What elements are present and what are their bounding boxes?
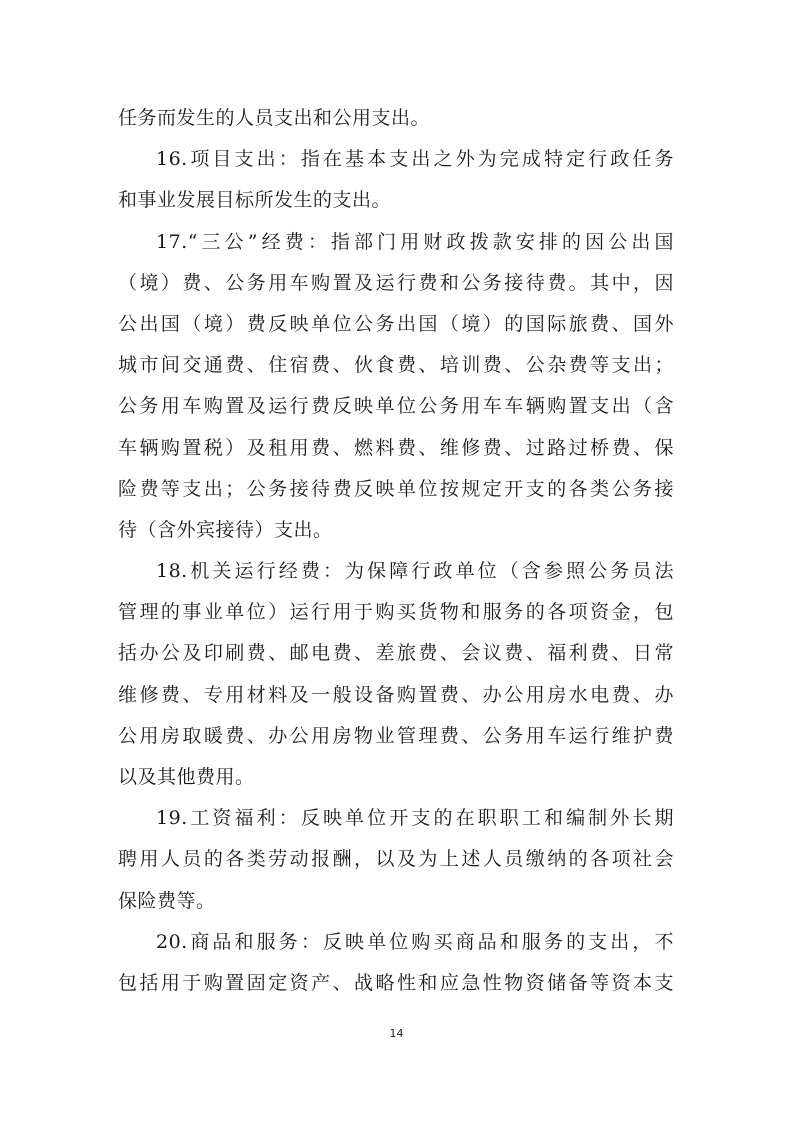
text-line: 公用房取暖费、办公用房物业管理费、公务用车运行维护费	[118, 716, 674, 757]
paragraph-17-three-public-expenses: 17.“三公”经费：指部门用财政拨款安排的因公出国 （境）费、公务用车购置及运行…	[118, 222, 674, 552]
text-line: 车辆购置税）及租用费、燃料费、维修费、过路过桥费、保	[118, 428, 674, 469]
text-line: 20.商品和服务：反映单位购买商品和服务的支出，不	[118, 922, 674, 963]
text-line: 险费等支出；公务接待费反映单位按规定开支的各类公务接	[118, 469, 674, 510]
text-line: 聘用人员的各类劳动报酬，以及为上述人员缴纳的各项社会	[118, 839, 674, 880]
text-line: 管理的事业单位）运行用于购买货物和服务的各项资金，包	[118, 592, 674, 633]
text-line: 城市间交通费、住宿费、伙食费、培训费、公杂费等支出；	[118, 345, 674, 386]
paragraph-16-project-expenditure: 16.项目支出：指在基本支出之外为完成特定行政任务 和事业发展目标所发生的支出。	[118, 139, 674, 221]
page-number: 14	[0, 1027, 793, 1040]
text-line: 和事业发展目标所发生的支出。	[118, 180, 674, 221]
text-line: 公出国（境）费反映单位公务出国（境）的国际旅费、国外	[118, 304, 674, 345]
text-line: 公务用车购置及运行费反映单位公务用车车辆购置支出（含	[118, 386, 674, 427]
text-line: 17.“三公”经费：指部门用财政拨款安排的因公出国	[118, 222, 674, 263]
text-line: 以及其他费用。	[118, 757, 674, 798]
text-line: 任务而发生的人员支出和公用支出。	[118, 98, 674, 139]
text-line: 维修费、专用材料及一般设备购置费、办公用房水电费、办	[118, 675, 674, 716]
text-line: 待（含外宾接待）支出。	[118, 510, 674, 551]
paragraph-18-agency-operating-expenses: 18.机关运行经费：为保障行政单位（含参照公务员法 管理的事业单位）运行用于购买…	[118, 551, 674, 798]
text-line: 保险费等。	[118, 881, 674, 922]
text-line: 16.项目支出：指在基本支出之外为完成特定行政任务	[118, 139, 674, 180]
text-line: 括办公及印刷费、邮电费、差旅费、会议费、福利费、日常	[118, 633, 674, 674]
text-line: 18.机关运行经费：为保障行政单位（含参照公务员法	[118, 551, 674, 592]
text-line: 包括用于购置固定资产、战略性和应急性物资储备等资本支	[118, 963, 674, 1004]
paragraph-19-wages-welfare: 19.工资福利：反映单位开支的在职职工和编制外长期 聘用人员的各类劳动报酬，以及…	[118, 798, 674, 922]
text-line: 19.工资福利：反映单位开支的在职职工和编制外长期	[118, 798, 674, 839]
document-page: 任务而发生的人员支出和公用支出。 16.项目支出：指在基本支出之外为完成特定行政…	[118, 98, 674, 1004]
paragraph-15-continuation: 任务而发生的人员支出和公用支出。	[118, 98, 674, 139]
paragraph-20-goods-services: 20.商品和服务：反映单位购买商品和服务的支出，不 包括用于购置固定资产、战略性…	[118, 922, 674, 1004]
text-line: （境）费、公务用车购置及运行费和公务接待费。其中，因	[118, 263, 674, 304]
